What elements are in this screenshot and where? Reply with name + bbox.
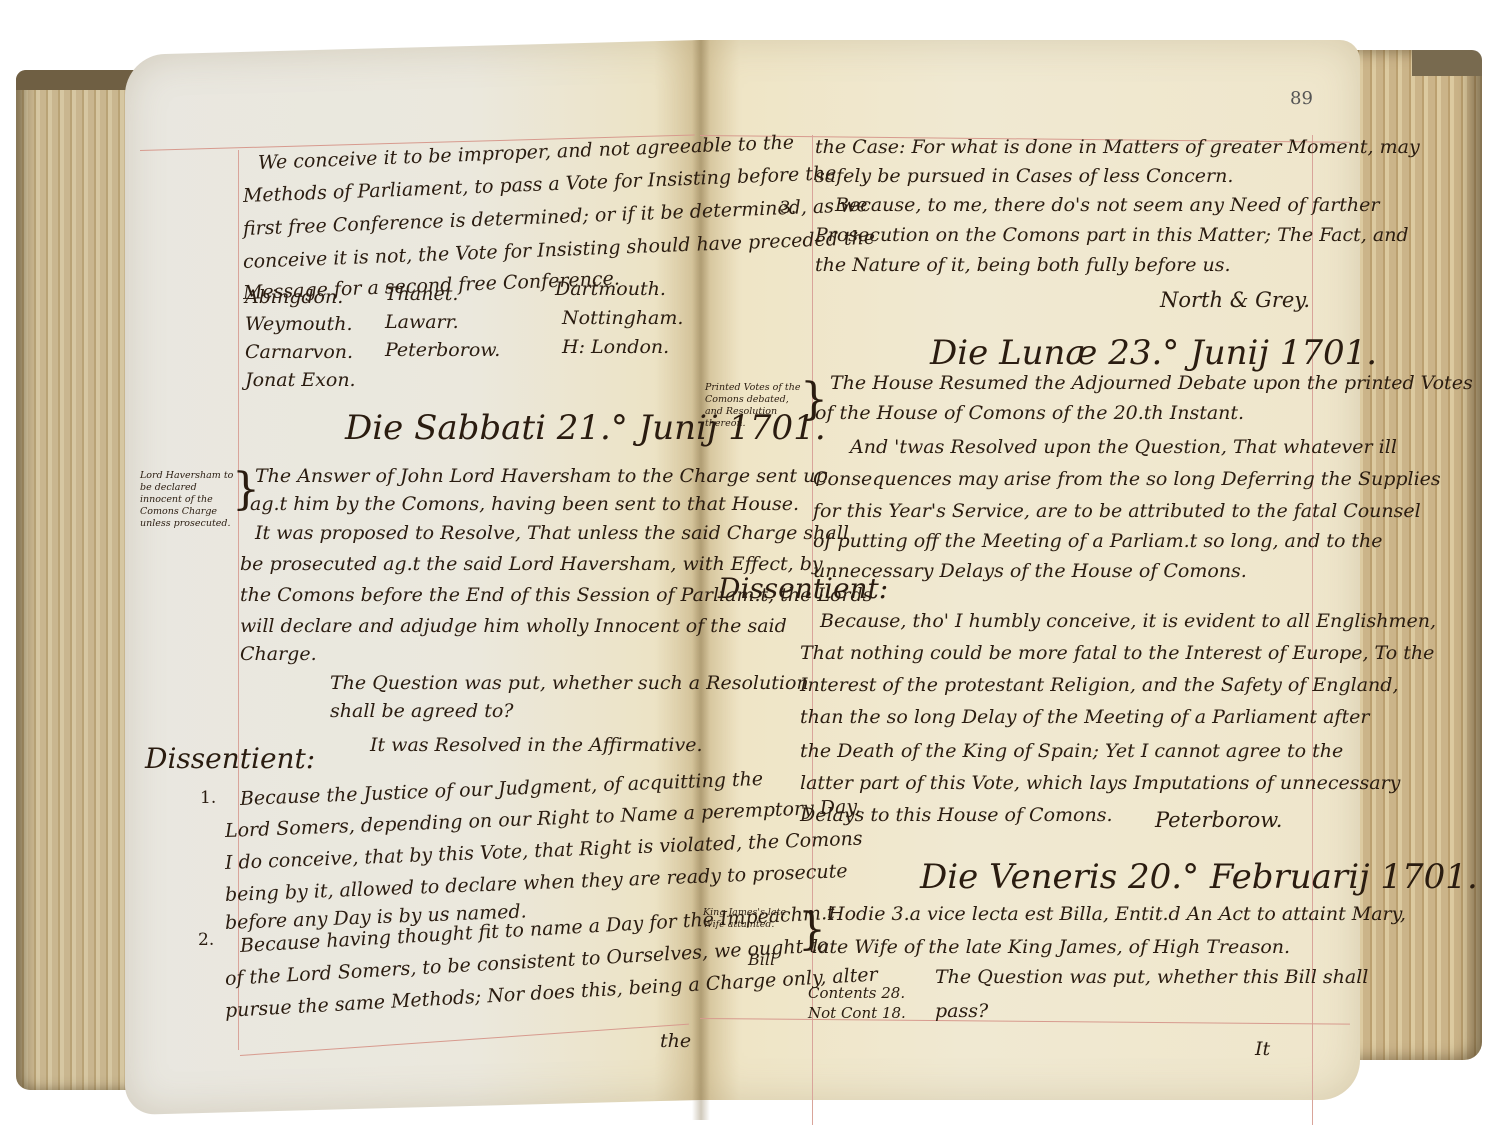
result-line: It was Resolved in the Affirmative. bbox=[370, 734, 702, 756]
question-line: The Question was put, whether such a Res… bbox=[330, 672, 809, 694]
text-line: ag.t him by the Comons, having been sent… bbox=[250, 493, 799, 515]
text-line: Hodie 3.a vice lecta est Billa, Entit.d … bbox=[828, 903, 1406, 925]
text-line: The House Resumed the Adjourned Debate u… bbox=[830, 372, 1473, 394]
text-line: the Nature of it, being both fully befor… bbox=[815, 254, 1231, 276]
open-manuscript-book: We conceive it to be improper, and not a… bbox=[0, 0, 1500, 1138]
catchword-right: It bbox=[1255, 1038, 1270, 1060]
signature-peterborow: Peterborow. bbox=[1155, 808, 1282, 832]
text-line: of the House of Comons of the 20.th Inst… bbox=[815, 402, 1244, 424]
text-line: Interest of the protestant Religion, and… bbox=[800, 674, 1399, 696]
vote-not-contents: Not Cont 18. bbox=[808, 1004, 906, 1022]
signatory: Peterborow. bbox=[385, 339, 500, 361]
question-line: The Question was put, whether this Bill … bbox=[935, 966, 1368, 988]
dissentient-label-right: Dissentient: bbox=[718, 572, 888, 605]
dissentient-label-left: Dissentient: bbox=[145, 742, 315, 775]
text-line: for this Year's Service, are to be attri… bbox=[813, 500, 1421, 522]
signatory: Thanet. bbox=[385, 283, 458, 305]
reason-number: 3. bbox=[780, 198, 796, 218]
text-line: Prosecution on the Comons part in this M… bbox=[815, 224, 1409, 246]
text-line: late Wife of the late King James, of Hig… bbox=[812, 936, 1290, 958]
text-line: Charge. bbox=[240, 643, 317, 665]
text-line: the Death of the King of Spain; Yet I ca… bbox=[800, 740, 1343, 762]
signatory: Jonat Exon. bbox=[245, 369, 356, 391]
catchword-left: the bbox=[660, 1030, 691, 1052]
text-line: And 'twas Resolved upon the Question, Th… bbox=[850, 436, 1397, 458]
text-line: Consequences may arise from the so long … bbox=[813, 468, 1441, 490]
signature-north-grey: North & Grey. bbox=[1160, 288, 1310, 312]
margin-note-bill: Bill bbox=[748, 950, 775, 969]
signatory: Carnarvon. bbox=[245, 341, 353, 363]
signatory: Dartmouth. bbox=[555, 278, 666, 300]
signatory: Lawarr. bbox=[385, 311, 459, 333]
margin-note-haversham: Lord Haversham to be declared innocent o… bbox=[140, 470, 235, 530]
margin-note-printed-votes: Printed Votes of the Comons debated, and… bbox=[705, 382, 805, 430]
text-line: the Case: For what is done in Matters of… bbox=[815, 136, 1420, 158]
text-line: The Answer of John Lord Haversham to the… bbox=[255, 465, 828, 487]
text-line: Because, to me, there do's not seem any … bbox=[835, 194, 1380, 216]
left-fore-edge bbox=[16, 70, 136, 1090]
question-line: shall be agreed to? bbox=[330, 700, 513, 722]
question-line: pass? bbox=[935, 1000, 988, 1022]
text-line: of putting off the Meeting of a Parliam.… bbox=[813, 530, 1383, 552]
vote-contents: Contents 28. bbox=[808, 984, 905, 1002]
text-line: Because, tho' I humbly conceive, it is e… bbox=[820, 610, 1436, 632]
text-line: It was proposed to Resolve, That unless … bbox=[255, 522, 849, 544]
text-line: than the so long Delay of the Meeting of… bbox=[800, 706, 1369, 728]
date-heading-veneris: Die Veneris 20.° Februarij 1701. bbox=[920, 857, 1478, 897]
reason-number: 1. bbox=[200, 788, 216, 808]
date-heading-lunae: Die Lunæ 23.° Junij 1701. bbox=[930, 333, 1377, 373]
signatory: Nottingham. bbox=[562, 307, 683, 329]
signatory: Abingdon. bbox=[245, 286, 343, 308]
text-line: will declare and adjudge him wholly Inno… bbox=[240, 615, 787, 637]
text-line: latter part of this Vote, which lays Imp… bbox=[800, 772, 1400, 794]
reason-number: 2. bbox=[198, 930, 214, 950]
folio-number: 89 bbox=[1290, 88, 1313, 109]
signatory: Weymouth. bbox=[245, 313, 353, 335]
margin-note-king-james: King James's late Wife attainted. bbox=[703, 907, 798, 931]
text-line: That nothing could be more fatal to the … bbox=[800, 642, 1434, 664]
text-line: Delays to this House of Comons. bbox=[800, 804, 1113, 826]
text-line: safely be pursued in Cases of less Conce… bbox=[815, 165, 1233, 187]
signatory: H: London. bbox=[562, 336, 669, 358]
